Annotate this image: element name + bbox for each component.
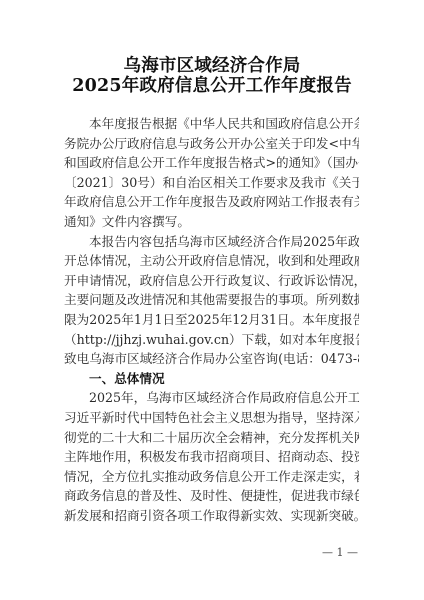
text-line: 开总体情况，主动公开政府信息情况，收到和处理政府信息公 [64, 251, 359, 271]
text-line: 商政务信息的普及性、及时性、便捷性，促进我市绿色转型创 [64, 486, 359, 506]
text-line: 〔2021〕30号）和自治区相关工作要求及我市《关于报送2025 [64, 173, 359, 193]
text-line: 情况，全方位扎实推动政务信息公开工作走深走实，着力以招 [64, 467, 359, 487]
paragraph-overview: 2025年，乌海市区域经济合作局政府信息公开工作坚持以 习近平新时代中国特色社会… [64, 388, 359, 525]
text-line: 彻党的二十大和二十届历次全会精神，充分发挥机关网站宣传 [64, 428, 359, 448]
text-line: 和国政府信息公开工作年度报告格式>的通知》（国办公开办函 [64, 153, 359, 173]
website-link-line: （http://jjhzj.wuhai.gov.cn）下载，如对本年度报告有疑问… [64, 330, 359, 350]
contact-phone-line: 致电乌海市区域经济合作局办公室咨询(电话：0473-8992400)。 [64, 349, 359, 369]
text-line: 习近平新时代中国特色社会主义思想为指导，坚持深入学习贯 [64, 408, 359, 428]
text-line: 2025年，乌海市区域经济合作局政府信息公开工作坚持以 [64, 388, 359, 408]
paragraph-scope: 本报告内容包括乌海市区域经济合作局2025年政府信息公 开总体情况，主动公开政府… [64, 232, 359, 369]
text-line: 通知》文件内容撰写。 [64, 212, 359, 232]
page-number: — 1 — [322, 546, 358, 559]
document-title-line2: 2025年政府信息公开工作年度报告 [0, 72, 424, 97]
text-line: 开申请情况，政府信息公开行政复议、行政诉讼情况，存在的 [64, 271, 359, 291]
text-line: 新发展和招商引资各项工作取得新实效、实现新突破。 [64, 506, 359, 526]
paragraph-basis: 本年度报告根据《中华人民共和国政府信息公开条例》《国 务院办公厅政府信息与政务公… [64, 114, 359, 232]
text-line: 务院办公厅政府信息与政务公开办公室关于印发<中华人民共 [64, 134, 359, 154]
text-line: 本年度报告根据《中华人民共和国政府信息公开条例》《国 [64, 114, 359, 134]
text-line: 主要问题及改进情况和其他需要报告的事项。所列数据统计期 [64, 290, 359, 310]
text-line: 主阵地作用，积极发布我市招商项目、招商动态、投资优势等 [64, 447, 359, 467]
document-body: 本年度报告根据《中华人民共和国政府信息公开条例》《国 务院办公厅政府信息与政务公… [64, 114, 359, 525]
text-line: 年政府信息公开工作年度报告及政府网站工作报表有关事项的 [64, 192, 359, 212]
text-line: 限为2025年1月1日至2025年12月31日。本年度报告可从 [64, 310, 359, 330]
text-line: 本报告内容包括乌海市区域经济合作局2025年政府信息公 [64, 232, 359, 252]
section-heading-overview: 一、总体情况 [64, 369, 359, 389]
